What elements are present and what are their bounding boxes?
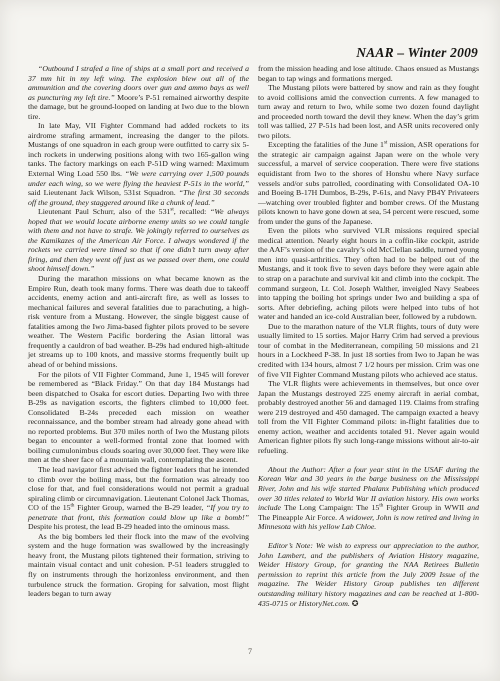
text-segment: The Long Campaign: The 15 <box>284 503 379 512</box>
page-number: 7 <box>0 647 500 656</box>
paragraph: Due to the marathon nature of the VLR fl… <box>258 322 479 379</box>
end-of-article-icon: ✪ <box>352 599 359 608</box>
paragraph: During the marathon missions on what bec… <box>28 274 249 369</box>
text-segment: Due to the marathon nature of the VLR fl… <box>258 322 479 379</box>
paragraph: The VLR flights were achievements in the… <box>258 379 479 455</box>
paragraph: Even the pilots who survived VLR mission… <box>258 226 479 321</box>
paragraph: Lieutenant Paul Schurr, also of the 531s… <box>28 207 249 274</box>
text-segment: , recalled: <box>174 207 210 216</box>
text-segment: The Pineapple Air Force. <box>258 513 339 522</box>
article-column-right: from the mission heading and lose altitu… <box>258 64 479 608</box>
text-segment: and <box>467 503 479 512</box>
paragraph: About the Author: After a four year stin… <box>258 465 479 532</box>
text-segment: Even the pilots who survived VLR mission… <box>258 226 479 321</box>
text-segment: Despite his protest, the lead B-29 heade… <box>28 522 230 531</box>
article-column-left: “Outbound I strafed a line of ships at a… <box>28 64 249 608</box>
text-segment: Fighter Group in WWII <box>383 503 467 512</box>
page-header: NAAR – Winter 2009 <box>250 45 478 61</box>
text-segment: During the marathon missions on what bec… <box>28 274 249 369</box>
paragraph: Editor’s Note: We wish to express our ap… <box>258 541 479 608</box>
text-segment: Fighter Group, warned the B-29 leader, <box>74 503 206 512</box>
paragraph: As the big bombers led their flock into … <box>28 532 249 599</box>
text-segment: As the big bombers led their flock into … <box>28 532 249 598</box>
text-segment: The VLR flights were achievements in the… <box>258 379 479 455</box>
text-segment: Lieutenant Paul Schurr, also of the 531 <box>38 207 170 216</box>
paragraph: from the mission heading and lose altitu… <box>258 64 479 83</box>
paragraph: The Mustang pilots were battered by snow… <box>258 83 479 140</box>
text-segment: Excepting the fatalities of the June 1 <box>268 140 384 149</box>
paragraph: For the pilots of VII Fighter Command, J… <box>28 370 249 465</box>
text-segment: Editor’s Note: We wish to express our ap… <box>258 541 479 607</box>
paragraph: “Outbound I strafed a line of ships at a… <box>28 64 249 121</box>
text-segment: said Lieutenant Jack Wilson, 531st Squad… <box>28 188 179 197</box>
paragraph: In late May, VII Fighter Command had add… <box>28 121 249 207</box>
text-segment: The Mustang pilots were battered by snow… <box>258 83 479 140</box>
article-body: “Outbound I strafed a line of ships at a… <box>28 64 479 608</box>
text-segment: “We always hoped that we would locate ai… <box>28 207 249 273</box>
paragraph: The lead navigator first advised the fig… <box>28 465 249 532</box>
text-segment: from the mission heading and lose altitu… <box>258 64 479 83</box>
paragraph: Excepting the fatalities of the June 1st… <box>258 140 479 226</box>
text-segment: mission, ASR operations for the strategi… <box>258 140 479 225</box>
magazine-page: NAAR – Winter 2009 “Outbound I strafed a… <box>0 0 500 681</box>
text-segment: For the pilots of VII Fighter Command, J… <box>28 370 249 465</box>
